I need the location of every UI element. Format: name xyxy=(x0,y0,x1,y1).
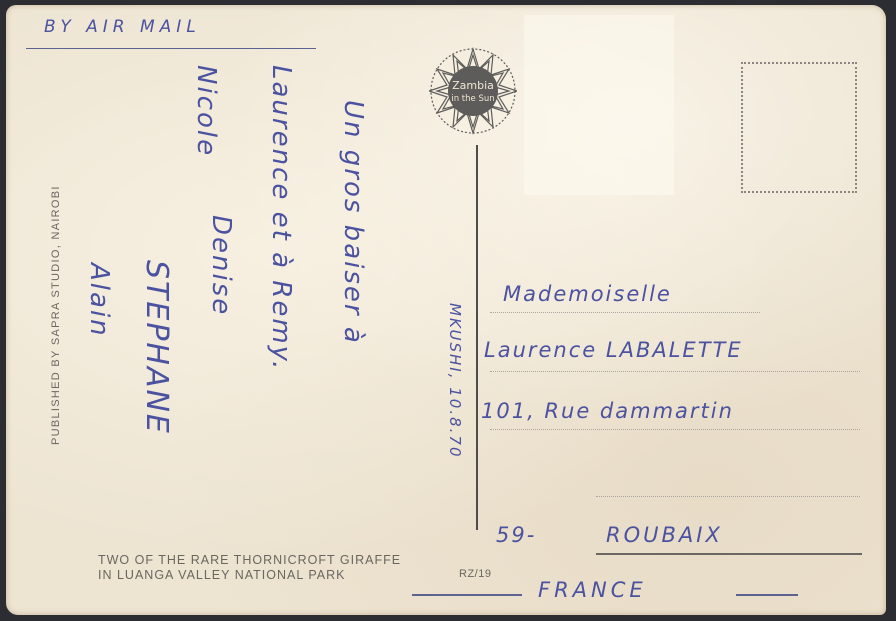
message-line-1: Un gros baiser à xyxy=(338,100,368,345)
country-dash-left xyxy=(412,594,522,596)
address-city: ROUBAIX xyxy=(606,523,723,547)
place-date: MKUSHI, 10.8.70 xyxy=(446,303,464,459)
message-signature-stephane: STEPHANE xyxy=(139,260,174,435)
zambia-in-the-sun-logo: Zambia in the Sun xyxy=(429,47,517,135)
sun-emblem-icon: Zambia in the Sun xyxy=(429,47,517,135)
address-country: FRANCE xyxy=(538,578,647,602)
caption-line-1: TWO OF THE RARE THORNICROFT GIRAFFE xyxy=(98,553,401,567)
address-postcode: 59- xyxy=(496,523,536,547)
svg-text:in the Sun: in the Sun xyxy=(451,94,494,104)
address-line-2-rule xyxy=(490,371,860,372)
caption-line-2: IN LUANGA VALLEY NATIONAL PARK xyxy=(98,568,345,582)
message-signature-nicole: Nicole xyxy=(191,65,221,157)
reference-code: RZ/19 xyxy=(459,568,491,580)
address-salutation: Mademoiselle xyxy=(503,282,672,306)
message-signature-alain: Alain xyxy=(84,263,114,338)
address-city-rule xyxy=(596,553,862,555)
svg-text:Zambia: Zambia xyxy=(452,79,494,92)
address-name: Laurence LABALETTE xyxy=(484,338,743,362)
publisher-credit: PUBLISHED BY SAPRA STUDIO, NAIROBI xyxy=(50,185,62,445)
airmail-underline xyxy=(26,48,316,49)
address-line-4-rule xyxy=(596,496,860,497)
address-line-1-rule xyxy=(490,312,760,313)
postcard-back: BY AIR MAIL PUBLISHED BY SAPRA STUDIO, N… xyxy=(6,5,886,615)
message-line-2: Laurence et à Remy. xyxy=(266,65,296,371)
center-divider xyxy=(476,145,478,530)
address-line-3-rule xyxy=(490,429,860,430)
message-signature-denise: Denise xyxy=(206,215,236,316)
stamp-placeholder xyxy=(741,62,857,193)
address-street: 101, Rue dammartin xyxy=(481,399,734,423)
country-dash-right xyxy=(736,594,798,596)
faded-area xyxy=(524,15,674,195)
airmail-label: BY AIR MAIL xyxy=(44,17,201,37)
